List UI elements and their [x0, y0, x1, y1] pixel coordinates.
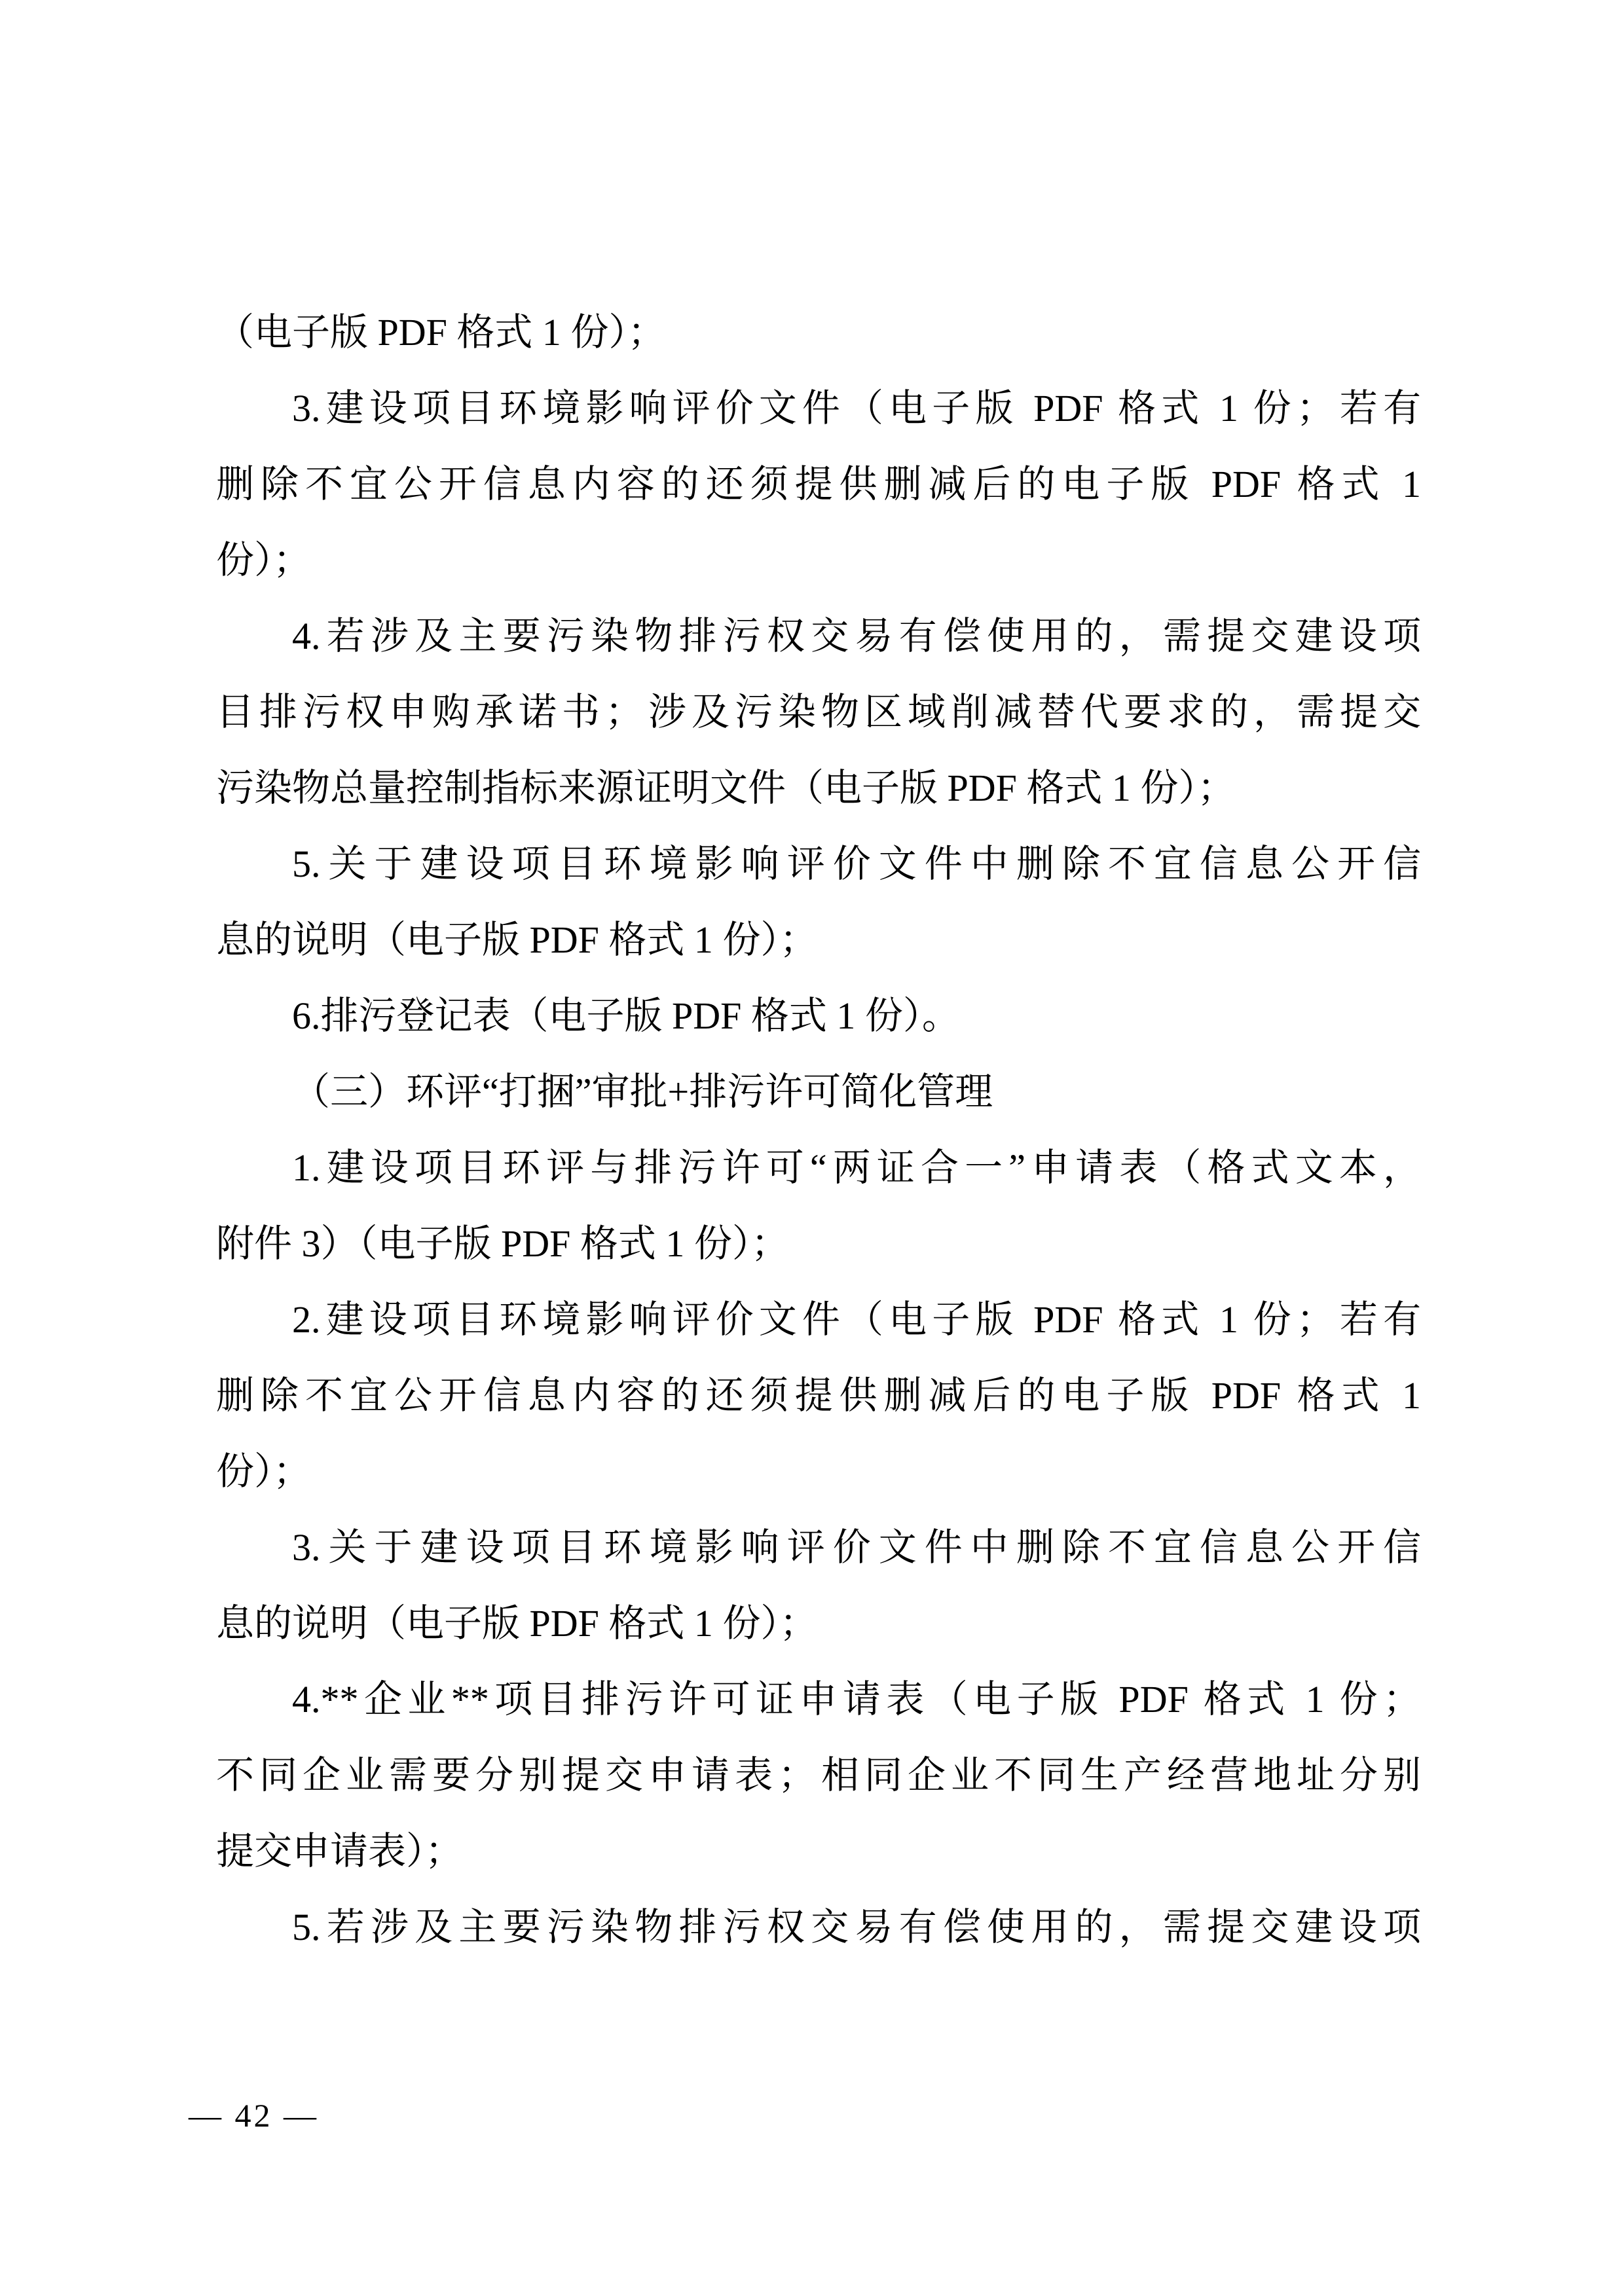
document-page: （电子版 PDF 格式 1 份）； 3.建设项目环境影响评价文件（电子版 PDF… — [0, 0, 1624, 2296]
text-line: 1.建设项目环评与排污许可“两证合一”申请表（格式文本， — [216, 1130, 1421, 1206]
text-line: 附件 3）（电子版 PDF 格式 1 份）； — [216, 1206, 1421, 1282]
section-heading: （三）环评“打捆”审批+排污许可简化管理 — [216, 1054, 1421, 1130]
paragraph-item-4: 4.若涉及主要污染物排污权交易有偿使用的，需提交建设项 目排污权申购承诺书；涉及… — [216, 598, 1421, 826]
text-line: 6.排污登记表（电子版 PDF 格式 1 份）。 — [216, 978, 1421, 1054]
paragraph-item-3b: 3.关于建设项目环境影响评价文件中删除不宜信息公开信 息的说明（电子版 PDF … — [216, 1510, 1421, 1662]
paragraph-item-3: 3.建设项目环境影响评价文件（电子版 PDF 格式 1 份；若有 删除不宜公开信… — [216, 371, 1421, 598]
document-body: （电子版 PDF 格式 1 份）； 3.建设项目环境影响评价文件（电子版 PDF… — [216, 295, 1421, 1965]
text-line: 5.关于建设项目环境影响评价文件中删除不宜信息公开信 — [216, 826, 1421, 902]
text-line: 污染物总量控制指标来源证明文件（电子版 PDF 格式 1 份）； — [216, 750, 1421, 826]
heading-line: （三）环评“打捆”审批+排污许可简化管理 — [216, 1054, 1421, 1130]
paragraph-continuation: （电子版 PDF 格式 1 份）； — [216, 295, 1421, 371]
paragraph-item-6: 6.排污登记表（电子版 PDF 格式 1 份）。 — [216, 978, 1421, 1054]
text-line: 删除不宜公开信息内容的还须提供删减后的电子版 PDF 格式 1 — [216, 1358, 1421, 1434]
paragraph-item-2: 2.建设项目环境影响评价文件（电子版 PDF 格式 1 份；若有 删除不宜公开信… — [216, 1282, 1421, 1510]
text-line: 不同企业需要分别提交申请表；相同企业不同生产经营地址分别 — [216, 1738, 1421, 1813]
text-line: 份）； — [216, 1434, 1421, 1510]
text-line: 提交申请表）； — [216, 1813, 1421, 1889]
paragraph-item-1: 1.建设项目环评与排污许可“两证合一”申请表（格式文本， 附件 3）（电子版 P… — [216, 1130, 1421, 1282]
text-line: 3.建设项目环境影响评价文件（电子版 PDF 格式 1 份；若有 — [216, 371, 1421, 446]
text-line: 2.建设项目环境影响评价文件（电子版 PDF 格式 1 份；若有 — [216, 1282, 1421, 1358]
paragraph-item-4b: 4.**企业**项目排污许可证申请表（电子版 PDF 格式 1 份； 不同企业需… — [216, 1662, 1421, 1889]
paragraph-item-5b: 5.若涉及主要污染物排污权交易有偿使用的，需提交建设项 — [216, 1889, 1421, 1965]
text-line: 3.关于建设项目环境影响评价文件中删除不宜信息公开信 — [216, 1510, 1421, 1586]
text-line: 5.若涉及主要污染物排污权交易有偿使用的，需提交建设项 — [216, 1889, 1421, 1965]
text-line: 息的说明（电子版 PDF 格式 1 份）； — [216, 1586, 1421, 1662]
text-line: 份）； — [216, 522, 1421, 598]
paragraph-item-5: 5.关于建设项目环境影响评价文件中删除不宜信息公开信 息的说明（电子版 PDF … — [216, 826, 1421, 978]
text-line: 删除不宜公开信息内容的还须提供删减后的电子版 PDF 格式 1 — [216, 446, 1421, 522]
text-line: 4.若涉及主要污染物排污权交易有偿使用的，需提交建设项 — [216, 598, 1421, 674]
text-line: 目排污权申购承诺书；涉及污染物区域削减替代要求的，需提交 — [216, 674, 1421, 750]
page-number: — 42 — — [189, 2092, 319, 2138]
text-line: 息的说明（电子版 PDF 格式 1 份）； — [216, 902, 1421, 978]
text-line: 4.**企业**项目排污许可证申请表（电子版 PDF 格式 1 份； — [216, 1662, 1421, 1738]
text-line: （电子版 PDF 格式 1 份）； — [216, 295, 1421, 371]
